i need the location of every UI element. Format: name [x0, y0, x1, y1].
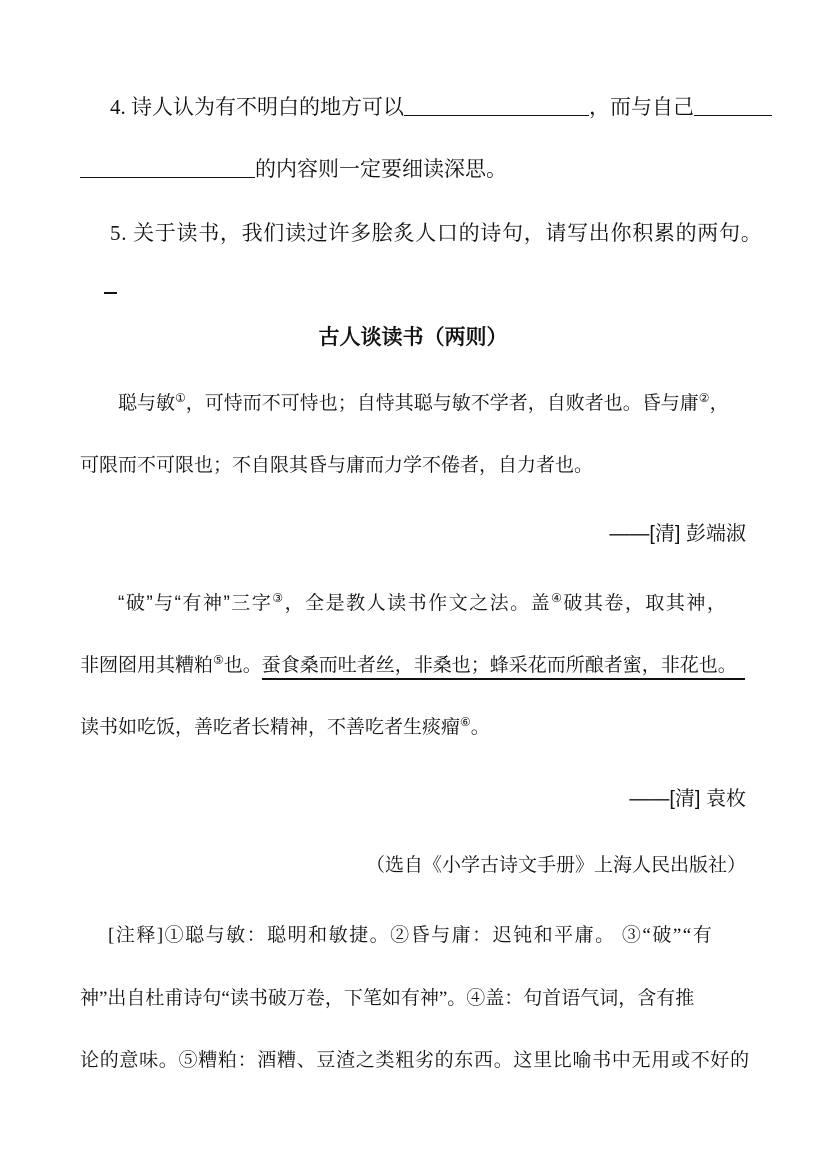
author-peng-duanshu: ——[清] 彭端淑 [609, 523, 746, 545]
footnote-marker-3: ③ [272, 591, 284, 605]
source-line: （选自《小学古诗文手册》上海人民出版社） [80, 851, 746, 881]
passage-1-text: 聪与敏 [118, 393, 175, 414]
document-page: 4. 诗人认为有不明白的地方可以，而与自己 的内容则一定要细读深思。 5. 关于… [0, 0, 826, 1169]
notes-text: [注释]①聪与敏：聪明和敏捷。②昏与庸：迟钝和平庸。 ③“破”“有 [108, 925, 713, 946]
footnote-marker-2: ② [699, 391, 710, 405]
answer-blank-3 [80, 158, 255, 178]
notes-text: 神”出自杜甫诗句“读书破万卷，下笔如有神”。④盖：句首语气词，含有推 [80, 988, 694, 1009]
notes-line-1: [注释]①聪与敏：聪明和敏捷。②昏与庸：迟钝和平庸。 ③“破”“有 [80, 921, 746, 951]
passage-2-text: 。 [471, 717, 490, 738]
passage-1-text: ， [710, 393, 729, 414]
footnote-marker-6: ⑥ [460, 715, 471, 729]
passage-2-line-3: 读书如吃饭，善吃者长精神，不善吃者生痰瘤⑥。 [80, 713, 746, 743]
passage-2-text: 破其卷，取其神， [563, 593, 727, 614]
passage-2-line-2: 非囫囵用其糟粕⑤也。蚕食桑而吐者丝，非桑也；蜂采花而所酿者蜜，非花也。 [80, 651, 746, 681]
passage-2-text: “破”与“有神”三字 [118, 593, 272, 614]
question-4-line-1: 4. 诗人认为有不明白的地方可以，而与自己 [80, 92, 746, 122]
footnote-marker-1: ① [175, 391, 186, 405]
question-4-mid-text: ，而与自己 [589, 95, 694, 119]
passage-2-text: ，全是教人读书作文之法。盖 [285, 593, 552, 614]
notes-text: 论的意味。⑤糟粕：酒糟、豆渣之类粗劣的东西。这里比喻书中无用或不好的 [80, 1050, 750, 1071]
article-title-text: 古人谈读书（两则） [319, 326, 508, 349]
passage-1-attribution: ——[清] 彭端淑 [80, 519, 746, 549]
passage-1-line-2: 可限而不可限也；不自限其昏与庸而力学不倦者，自力者也。 [80, 451, 746, 481]
underlined-sentence: 蚕食桑而吐者丝，非桑也；蜂采花而所酿者蜜，非花也。 [262, 655, 745, 680]
passage-2-text: 读书如吃饭，善吃者长精神，不善吃者生痰瘤 [80, 717, 460, 738]
notes-line-2: 神”出自杜甫诗句“读书破万卷，下笔如有神”。④盖：句首语气词，含有推 [80, 984, 746, 1014]
notes-line-3: 论的意味。⑤糟粕：酒糟、豆渣之类粗劣的东西。这里比喻书中无用或不好的 [80, 1046, 746, 1076]
footnote-marker-5: ⑤ [213, 653, 224, 667]
author-yuan-mei: ——[清] 袁枚 [629, 788, 746, 810]
passage-1-text: ，可恃而不可恃也；自恃其聪与敏不学者，自败者也。昏与庸 [186, 393, 699, 414]
passage-2-line-1: “破”与“有神”三字③，全是教人读书作文之法。盖④破其卷，取其神， [80, 589, 746, 619]
passage-2-attribution: ——[清] 袁枚 [80, 784, 746, 814]
footnote-marker-4: ④ [551, 591, 563, 605]
answer-blank-2 [694, 96, 772, 116]
article-title: 古人谈读书（两则） [80, 323, 746, 353]
passage-1-text: 可限而不可限也；不自限其昏与庸而力学不倦者，自力者也。 [80, 455, 593, 476]
answer-dash [104, 279, 117, 294]
answer-blank-1 [404, 96, 589, 116]
question-4-text: 4. 诗人认为有不明白的地方可以 [110, 95, 404, 119]
question-4-line-2: 的内容则一定要细读深思。 [80, 154, 746, 184]
passage-2-text: 也。 [224, 655, 262, 676]
question-5-text: 5. 关于读书，我们读过许多脍炙人口的诗句，请写出你积累的两句。 [110, 221, 762, 245]
question-5-line: 5. 关于读书，我们读过许多脍炙人口的诗句，请写出你积累的两句。 [80, 218, 746, 248]
question-4-suffix-text: 的内容则一定要细读深思。 [255, 157, 507, 181]
passage-1-line-1: 聪与敏①，可恃而不可恃也；自恃其聪与敏不学者，自败者也。昏与庸②， [80, 389, 746, 419]
source-text: （选自《小学古诗文手册》上海人民出版社） [366, 855, 746, 876]
passage-2-text: 非囫囵用其糟粕 [80, 655, 213, 676]
